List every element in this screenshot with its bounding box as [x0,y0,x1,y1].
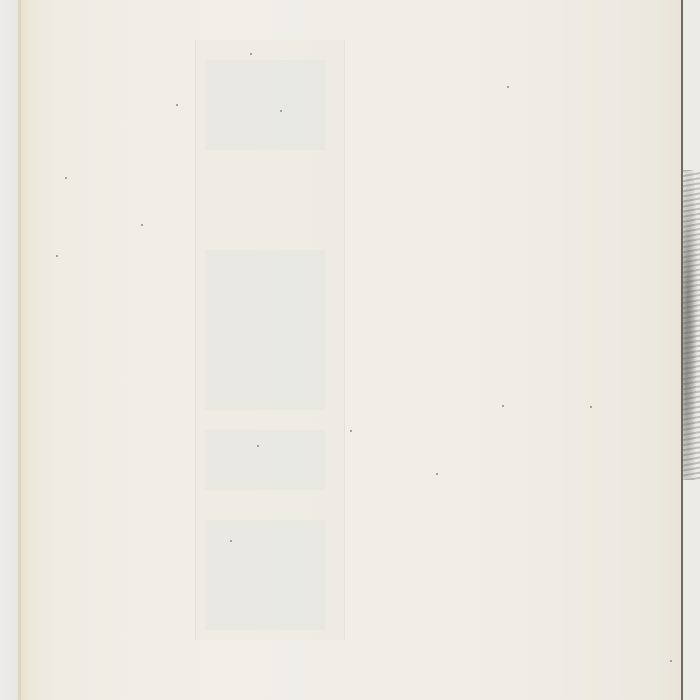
engraving-fragment [683,170,700,480]
bleed-through-block [205,250,325,410]
paper-speck [502,405,504,407]
paper-speck [230,540,232,542]
paper-speck [507,86,509,88]
bleed-through-block [205,520,325,630]
paper-speck [436,473,438,475]
paper-speck [250,53,252,55]
paper-speck [141,224,143,226]
paper-speck [257,445,259,447]
paper-speck [176,104,178,106]
page-edge [18,0,21,700]
paper-speck [590,406,592,408]
paper-speck [56,255,58,257]
paper-speck [280,110,282,112]
paper-speck [670,660,672,662]
paper-speck [350,430,352,432]
paper-speck [65,177,67,179]
blank-book-page [18,0,684,700]
bleed-through-block [205,430,325,490]
scan-background [0,0,18,700]
bleed-through-block [205,60,325,150]
